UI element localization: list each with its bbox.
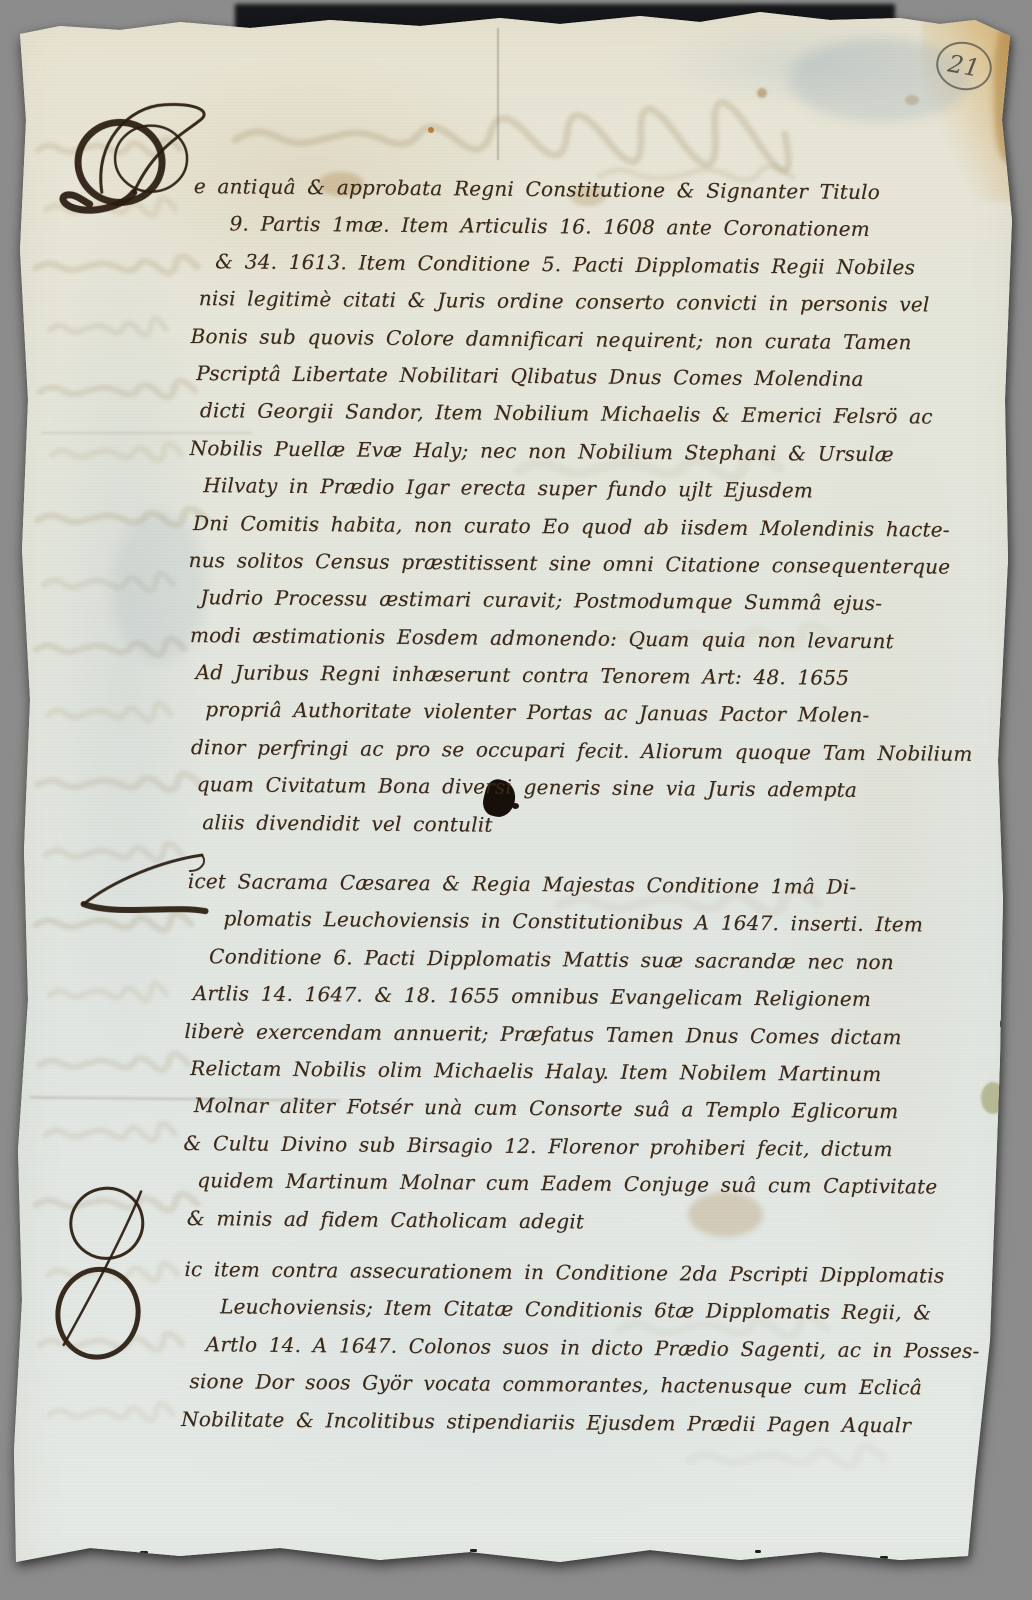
edge-speck [310,1555,320,1558]
manuscript-line: Judrio Processu æstimari curavit; Postmo… [200,579,988,623]
manuscript-line: quam Civitatum Bona diversi generis sine… [196,766,986,810]
manuscript-line: plomatis Leuchoviensis in Constitutionib… [223,901,985,945]
manuscript-page: 21 e antiquâ & approbata Regni Constitut… [0,0,1032,1600]
manuscript-text: e antiquâ & approbata Regni Constitution… [181,168,992,1445]
edge-speck [996,1180,1000,1190]
manuscript-line: 9. Partis 1mæ. Item Articulis 16. 1608 a… [229,206,991,250]
olive-spot [981,1082,1005,1114]
initial-s-flourish [47,1177,161,1373]
fox-spot [757,88,767,98]
manuscript-line: Hilvaty in Prædio Igar erecta super fund… [203,467,989,511]
paragraph-1-lines: e antiquâ & approbata Regni Constitution… [186,168,992,848]
page-number: 21 [946,49,983,82]
edge-speck [620,1556,629,1559]
manuscript-line: Leuchoviensis; Item Citatæ Conditionis 6… [220,1289,982,1333]
fox-spot [905,95,919,105]
paper-sheet-wrap: 21 e antiquâ & approbata Regni Constitut… [0,0,1032,1600]
edge-speck [755,1550,761,1553]
fox-spot [428,127,434,133]
manuscript-line: Nobilitate & Incolitibus stipendiariis E… [181,1400,981,1444]
manuscript-line: aliis divendidit vel contulit [202,804,986,848]
manuscript-line: sione Dor soos Györ vocata commorantes, … [189,1363,981,1407]
edge-speck [470,1549,477,1552]
paragraph-2-lines: icet Sacrama Cæsarea & Regia Majestas Co… [183,863,986,1244]
manuscript-line: Artlis 14. 1647. & 18. 1655 omnibus Evan… [193,975,985,1019]
edge-speck [140,1551,148,1554]
corner-torn-edge [994,22,1026,162]
manuscript-line: dicti Georgii Sandor, Item Nobilium Mich… [200,392,990,436]
page-number-circle: 21 [931,36,997,96]
paragraph-3: ic item contra assecurationem in Conditi… [181,1251,983,1445]
paragraph-1: e antiquâ & approbata Regni Constitution… [186,168,992,848]
manuscript-line: & minis ad fidem Catholicam adegit [187,1200,983,1244]
paragraph-2: icet Sacrama Cæsarea & Regia Majestas Co… [183,863,986,1244]
manuscript-line: quidem Martinum Molnar cum Eadem Conjuge… [197,1162,983,1206]
manuscript-line: Molnar aliter Fotsér unà cum Consorte su… [194,1087,984,1131]
edge-speck [1001,1300,1005,1308]
manuscript-line: nisi legitimè citati & Juris ordine cons… [199,280,991,324]
edge-speck [1002,940,1005,947]
paragraph-3-lines: ic item contra assecurationem in Conditi… [181,1251,983,1445]
fold-crease [497,28,499,160]
manuscript-photo: 21 e antiquâ & approbata Regni Constitut… [0,0,1032,1600]
edge-speck [1000,1020,1004,1028]
corner-damage-stain [922,6,1032,202]
edge-speck [880,1556,888,1559]
